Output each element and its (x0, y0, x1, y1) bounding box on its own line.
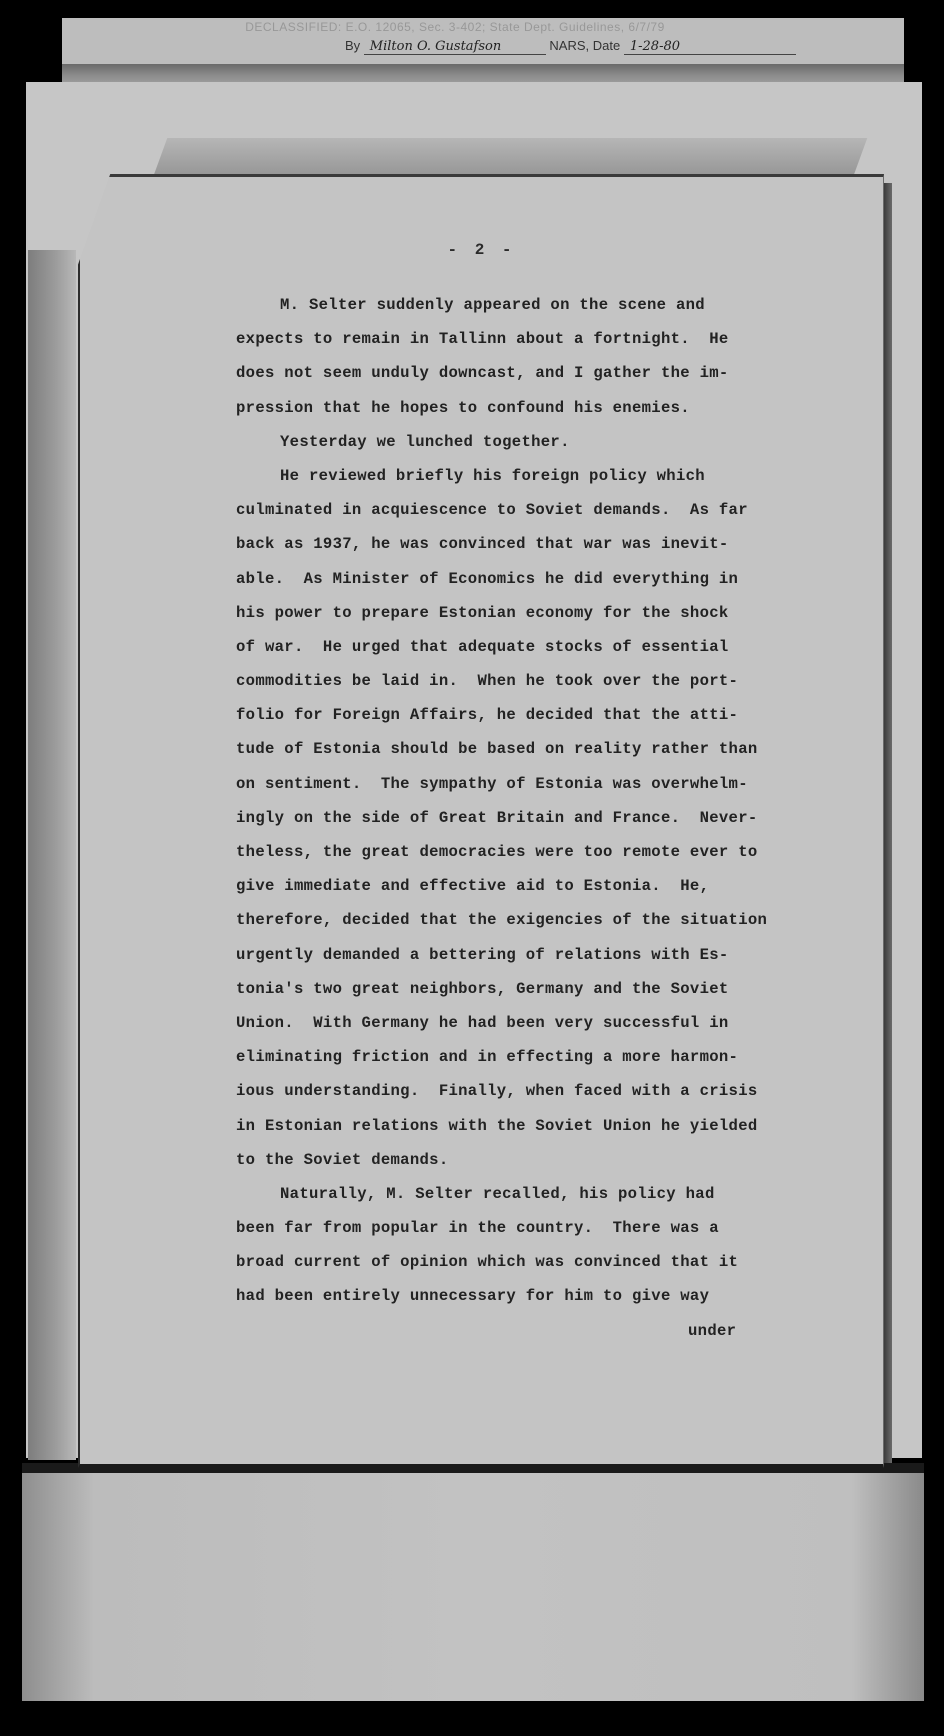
text-line: to the Soviet demands. (236, 1143, 876, 1177)
text-line: urgently demanded a bettering of relatio… (236, 938, 876, 972)
agency-label: NARS, Date (549, 38, 620, 53)
text-line: back as 1937, he was convinced that war … (236, 527, 876, 561)
text-line: tude of Estonia should be based on reali… (236, 732, 876, 766)
by-label: By (345, 38, 360, 53)
typed-page: - 2 - M. Selter suddenly appeared on the… (78, 174, 884, 1468)
text-line: expects to remain in Tallinn about a for… (236, 322, 876, 356)
text-line: had been entirely unnecessary for him to… (236, 1279, 876, 1313)
text-line: give immediate and effective aid to Esto… (236, 869, 876, 903)
text-line: folio for Foreign Affairs, he decided th… (236, 698, 876, 732)
text-line: commodities be laid in. When he took ove… (236, 664, 876, 698)
body-text: M. Selter suddenly appeared on the scene… (236, 288, 876, 1348)
text-line: able. As Minister of Economics he did ev… (236, 562, 876, 596)
signature: Milton O. Gustafson (364, 39, 546, 55)
text-line: been far from popular in the country. Th… (236, 1211, 876, 1245)
text-line: under (236, 1314, 876, 1348)
text-line: theless, the great democracies were too … (236, 835, 876, 869)
text-line: Naturally, M. Selter recalled, his polic… (236, 1177, 876, 1211)
text-line: pression that he hopes to confound his e… (236, 391, 876, 425)
backing-board-bottom (22, 1473, 924, 1701)
text-line: Yesterday we lunched together. (236, 425, 876, 459)
text-line: of war. He urged that adequate stocks of… (236, 630, 876, 664)
text-line: broad current of opinion which was convi… (236, 1245, 876, 1279)
text-line: does not seem unduly downcast, and I gat… (236, 356, 876, 390)
text-line: tonia's two great neighbors, Germany and… (236, 972, 876, 1006)
text-line: ingly on the side of Great Britain and F… (236, 801, 876, 835)
text-line: on sentiment. The sympathy of Estonia wa… (236, 767, 876, 801)
text-line: Union. With Germany he had been very suc… (236, 1006, 876, 1040)
text-line: in Estonian relations with the Soviet Un… (236, 1109, 876, 1143)
text-line: M. Selter suddenly appeared on the scene… (236, 288, 876, 322)
text-line: He reviewed briefly his foreign policy w… (236, 459, 876, 493)
page-curl-left (28, 250, 76, 1460)
text-line: eliminating friction and in effecting a … (236, 1040, 876, 1074)
text-line: his power to prepare Estonian economy fo… (236, 596, 876, 630)
declassification-date: 1-28-80 (624, 39, 796, 55)
text-line: ious understanding. Finally, when faced … (236, 1074, 876, 1108)
text-line: therefore, decided that the exigencies o… (236, 903, 876, 937)
declassification-authority: DECLASSIFIED: E.O. 12065, Sec. 3-402; St… (95, 20, 815, 34)
declassification-signature-line: By Milton O. Gustafson NARS, Date 1-28-8… (345, 38, 796, 55)
film-border (924, 0, 944, 1736)
text-line: culminated in acquiescence to Soviet dem… (236, 493, 876, 527)
page-number: - 2 - (80, 241, 883, 259)
page-curl-top (153, 138, 868, 178)
stamp-shadow (62, 64, 904, 82)
